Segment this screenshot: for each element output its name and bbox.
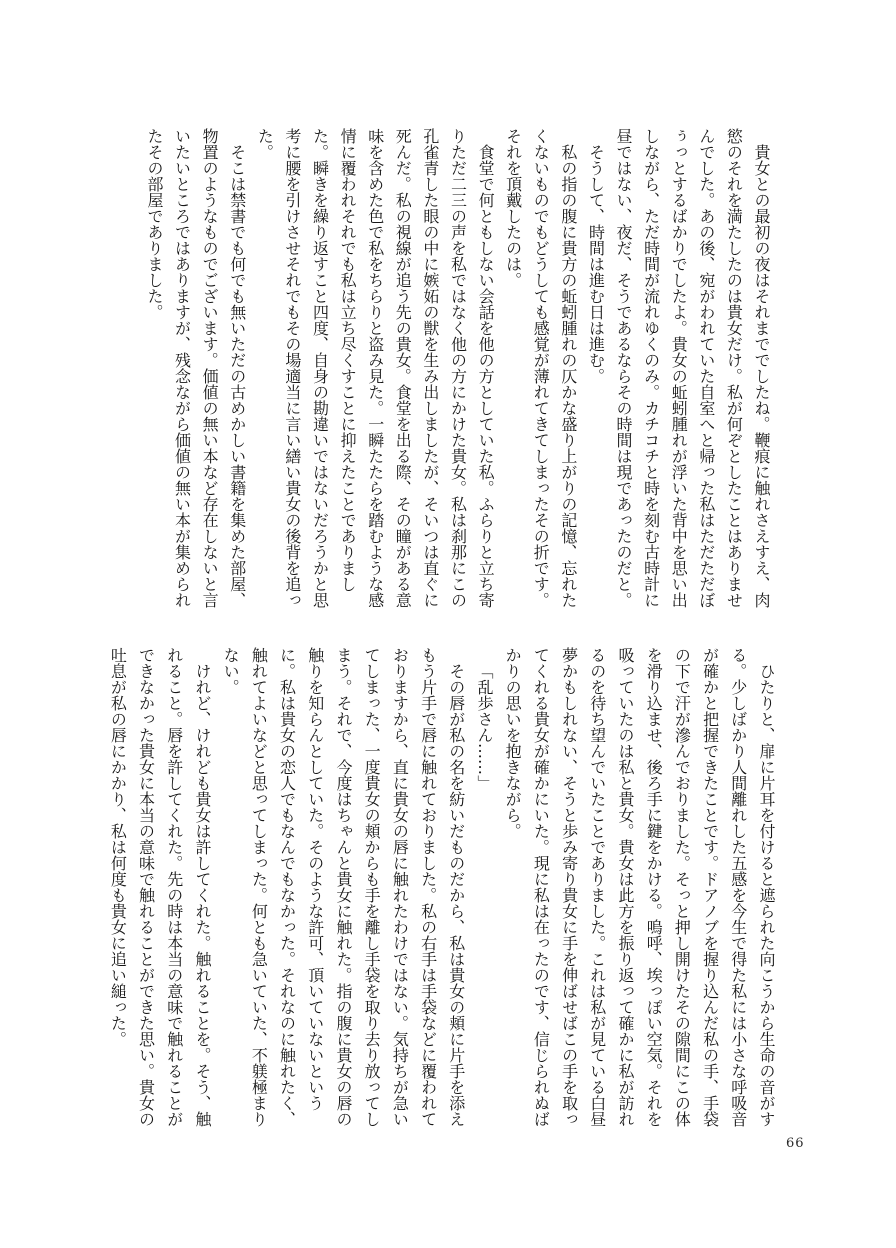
- paragraph: そこは禁書でも何でも無いただの古めかしい書籍を集めた部屋、物置のようなものでござ…: [140, 128, 250, 612]
- paragraph: 「乱歩さん……」: [470, 647, 498, 1131]
- paragraph: 貴女との最初の夜はそれまででしたね。鞭痕に触れさえすえ、肉慾のそれを満たしたのは…: [609, 128, 775, 612]
- book-page: 貴女との最初の夜はそれまででしたね。鞭痕に触れさえすえ、肉慾のそれを満たしたのは…: [0, 0, 896, 1248]
- paragraph: 私の指の腹に貴方の蚯蚓腫れの仄かな盛り上がりの記憶、忘れたくないものでもどうして…: [499, 128, 582, 612]
- paragraph: けれど、けれども貴女は許してくれた。触れることを。そう、触れること。唇を許してく…: [103, 647, 216, 1131]
- paragraph: そうして、時間は進む日は進む。: [582, 128, 610, 612]
- page-number: 66: [786, 1136, 805, 1151]
- top-text-block: 貴女との最初の夜はそれまででしたね。鞭痕に触れさえすえ、肉慾のそれを満たしたのは…: [140, 128, 775, 612]
- paragraph: その唇が私の名を紡いだものだから、私は貴女の頬に片手を添えもう片手で唇に触れてお…: [216, 647, 470, 1131]
- paragraph: 食堂で何ともしない会話を他の方としていた私。ふらりと立ち寄りただ二三の声を私では…: [251, 128, 499, 612]
- bottom-text-block: ひたりと、扉に片耳を付けると遮られた向こうから生命の音がする。少しばかり人間離れ…: [103, 647, 780, 1131]
- paragraph: ひたりと、扉に片耳を付けると遮られた向こうから生命の音がする。少しばかり人間離れ…: [498, 647, 780, 1131]
